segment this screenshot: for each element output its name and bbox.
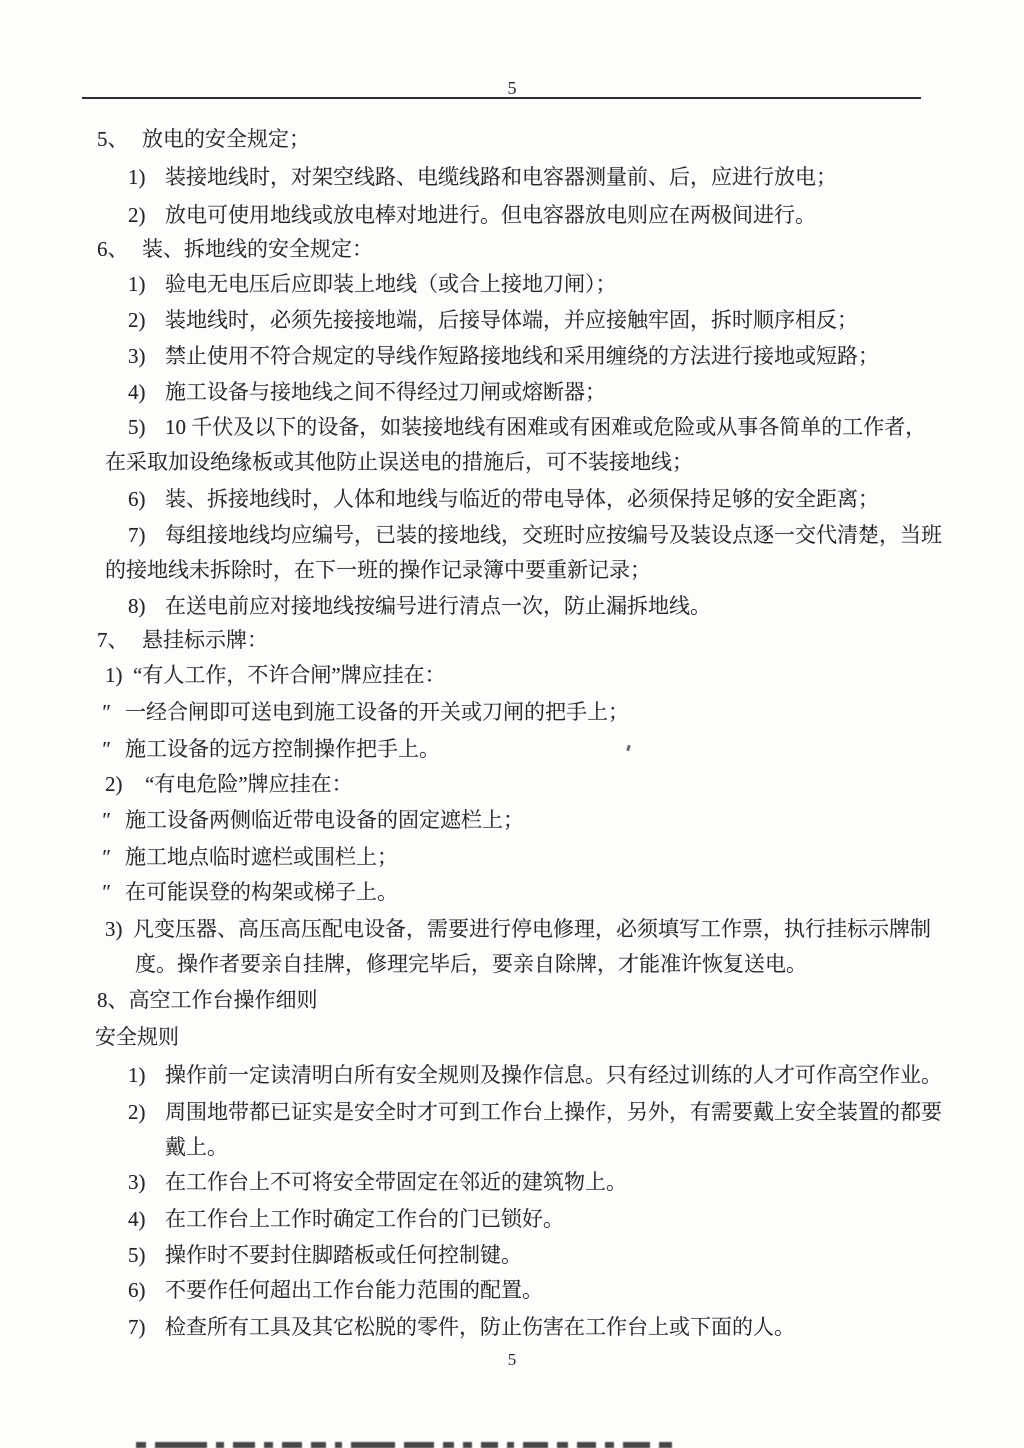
list-item: 3)在工作台上不可将安全带固定在邻近的建筑物上。 (128, 1170, 627, 1194)
document-page: 5 5、放电的安全规定； 1)装接地线时，对架空线路、电缆线路和电容器测量前、后… (0, 0, 1024, 1448)
list-item: 2)周围地带都已证实是安全时才可到工作台上操作，另外，有需要戴上安全装置的都要 (128, 1100, 942, 1124)
line-text: 凡变压器、高压高压配电设备，需要进行停电修理，必须填写工作票，执行挂标示牌制 (133, 917, 931, 941)
section-heading: 6、装、拆地线的安全规定： (97, 237, 373, 261)
line-text: 的接地线未拆除时，在下一班的操作记录簿中要重新记录； (105, 558, 651, 582)
cutoff-text-fragment (136, 1442, 896, 1448)
line-text: 安全规则 (95, 1025, 179, 1049)
list-item: 5)10 千伏及以下的设备，如装接地线有困难或有困难或危险或从事各简单的工作者， (128, 415, 926, 439)
line-text: 操作前一定读清明白所有安全规则及操作信息。只有经过训练的人才可作高空作业。 (165, 1063, 942, 1087)
list-item: 3)禁止使用不符合规定的导线作短路接地线和采用缠绕的方法进行接地或短路； (128, 344, 879, 368)
header-page-number: 5 (0, 78, 1024, 99)
ditto-item: ″施工地点临时遮栏或围栏上； (101, 845, 398, 869)
list-item: 6)不要作任何超出工作台能力范围的配置。 (128, 1278, 543, 1302)
list-number: 6) (128, 1278, 165, 1302)
list-item: 2)放电可使用地线或放电棒对地进行。但电容器放电则应在两极间进行。 (128, 203, 816, 227)
line-text: 10 千伏及以下的设备，如装接地线有困难或有困难或危险或从事各简单的工作者， (165, 415, 926, 439)
list-item: 2)“有电危险”牌应挂在： (105, 772, 353, 796)
line-text: 装地线时，必须先接接地端，后接导体端，并应接触牢固，拆时顺序相反； (165, 308, 858, 332)
line-text: 验电无电压后应即装上地线（或合上接地刀闸）； (165, 272, 617, 296)
line-text: 禁止使用不符合规定的导线作短路接地线和采用缠绕的方法进行接地或短路； (165, 344, 879, 368)
list-number: 2) (128, 308, 165, 332)
list-number: 3) (128, 344, 165, 368)
line-text: 周围地带都已证实是安全时才可到工作台上操作，另外，有需要戴上安全装置的都要 (165, 1100, 942, 1124)
line-text: 高空工作台操作细则 (129, 988, 318, 1012)
ditto-item: ″施工设备的远方控制操作把手上。 (101, 737, 440, 761)
ditto-mark: ″ (101, 845, 125, 869)
section-heading: 8、高空工作台操作细则 (97, 988, 318, 1012)
list-item: 4)施工设备与接地线之间不得经过刀闸或熔断器； (128, 380, 606, 404)
list-item: 8)在送电前应对接地线按编号进行清点一次，防止漏拆地线。 (128, 594, 711, 618)
list-number: 7) (128, 1315, 165, 1339)
line-text: 放电的安全规定； (142, 127, 310, 151)
line-text: “有电危险”牌应挂在： (145, 772, 353, 796)
list-item: 3)凡变压器、高压高压配电设备，需要进行停电修理，必须填写工作票，执行挂标示牌制 (105, 917, 931, 941)
continuation-line: 的接地线未拆除时，在下一班的操作记录簿中要重新记录； (105, 558, 651, 582)
list-number: 6、 (97, 237, 142, 261)
list-item: 7)检查所有工具及其它松脱的零件，防止伤害在工作台上或下面的人。 (128, 1315, 795, 1339)
scan-speck (626, 745, 631, 752)
list-number: 5) (128, 1243, 165, 1267)
line-text: 施工设备的远方控制操作把手上。 (125, 737, 440, 761)
list-number: 8、 (97, 988, 129, 1012)
list-number: 3) (128, 1170, 165, 1194)
line-text: 每组接地线均应编号，已装的接地线，交班时应按编号及装设点逐一交代清楚，当班 (165, 523, 942, 547)
list-item: 2)装地线时，必须先接接地端，后接导体端，并应接触牢固，拆时顺序相反； (128, 308, 858, 332)
line-text: 施工设备与接地线之间不得经过刀闸或熔断器； (165, 380, 606, 404)
ditto-item: ″施工设备两侧临近带电设备的固定遮栏上； (101, 808, 524, 832)
ditto-mark: ″ (101, 737, 125, 761)
line-text: 装、拆地线的安全规定： (142, 237, 373, 261)
line-text: 在工作台上工作时确定工作台的门已锁好。 (165, 1207, 564, 1231)
continuation-line: 度。操作者要亲自挂牌，修理完毕后，要亲自除牌，才能准许恢复送电。 (135, 952, 807, 976)
list-item: 6)装、拆接地线时，人体和地线与临近的带电导体，必须保持足够的安全距离； (128, 487, 879, 511)
line-text: 一经合闸即可送电到施工设备的开关或刀闸的把手上； (125, 700, 629, 724)
list-number: 5、 (97, 127, 142, 151)
line-text: 不要作任何超出工作台能力范围的配置。 (165, 1278, 543, 1302)
list-item: 4)在工作台上工作时确定工作台的门已锁好。 (128, 1207, 564, 1231)
line-text: 施工设备两侧临近带电设备的固定遮栏上； (125, 808, 524, 832)
list-number: 1) (128, 272, 165, 296)
list-number: 2) (128, 1100, 165, 1124)
list-item: 1)操作前一定读清明白所有安全规则及操作信息。只有经过训练的人才可作高空作业。 (128, 1063, 942, 1087)
list-item: 7)每组接地线均应编号，已装的接地线，交班时应按编号及装设点逐一交代清楚，当班 (128, 523, 942, 547)
line-text: 度。操作者要亲自挂牌，修理完毕后，要亲自除牌，才能准许恢复送电。 (135, 952, 807, 976)
ditto-item: ″一经合闸即可送电到施工设备的开关或刀闸的把手上； (101, 700, 629, 724)
list-number: 4) (128, 1207, 165, 1231)
ditto-mark: ″ (101, 700, 125, 724)
line-text: 在工作台上不可将安全带固定在邻近的建筑物上。 (165, 1170, 627, 1194)
line-text: 施工地点临时遮栏或围栏上； (125, 845, 398, 869)
ditto-item: ″在可能误登的构架或梯子上。 (101, 880, 398, 904)
list-number: 5) (128, 415, 165, 439)
line-text: 在送电前应对接地线按编号进行清点一次，防止漏拆地线。 (165, 594, 711, 618)
subsection-heading: 安全规则 (95, 1025, 179, 1049)
list-number: 7) (128, 523, 165, 547)
line-text: 戴上。 (165, 1135, 228, 1159)
continuation-line: 在采取加设绝缘板或其他防止误送电的措施后，可不装接地线； (105, 450, 693, 474)
list-number: 8) (128, 594, 165, 618)
list-number: 1) (128, 165, 165, 189)
line-text: 操作时不要封住脚踏板或任何控制键。 (165, 1243, 522, 1267)
line-text: “有人工作，不许合闸”牌应挂在： (133, 663, 446, 687)
line-text: 悬挂标示牌： (142, 628, 268, 652)
list-item: 1)装接地线时，对架空线路、电缆线路和电容器测量前、后，应进行放电； (128, 165, 837, 189)
ditto-mark: ″ (101, 880, 125, 904)
list-number: 6) (128, 487, 165, 511)
line-text: 装、拆接地线时，人体和地线与临近的带电导体，必须保持足够的安全距离； (165, 487, 879, 511)
section-heading: 5、放电的安全规定； (97, 127, 310, 151)
continuation-line: 戴上。 (165, 1135, 228, 1159)
line-text: 在采取加设绝缘板或其他防止误送电的措施后，可不装接地线； (105, 450, 693, 474)
list-number: 4) (128, 380, 165, 404)
footer-page-number: 5 (0, 1350, 1024, 1370)
header-rule-line (82, 97, 921, 99)
ditto-mark: ″ (101, 808, 125, 832)
list-item: 1)验电无电压后应即装上地线（或合上接地刀闸）； (128, 272, 617, 296)
list-number: 1) (128, 1063, 165, 1087)
line-text: 在可能误登的构架或梯子上。 (125, 880, 398, 904)
list-item: 5)操作时不要封住脚踏板或任何控制键。 (128, 1243, 522, 1267)
list-number: 1) (105, 663, 133, 687)
list-number: 7、 (97, 628, 142, 652)
line-text: 检查所有工具及其它松脱的零件，防止伤害在工作台上或下面的人。 (165, 1315, 795, 1339)
line-text: 装接地线时，对架空线路、电缆线路和电容器测量前、后，应进行放电； (165, 165, 837, 189)
list-item: 1)“有人工作，不许合闸”牌应挂在： (105, 663, 446, 687)
list-number: 3) (105, 917, 133, 941)
section-heading: 7、悬挂标示牌： (97, 628, 268, 652)
line-text: 放电可使用地线或放电棒对地进行。但电容器放电则应在两极间进行。 (165, 203, 816, 227)
list-number: 2) (128, 203, 165, 227)
list-number: 2) (105, 772, 145, 796)
